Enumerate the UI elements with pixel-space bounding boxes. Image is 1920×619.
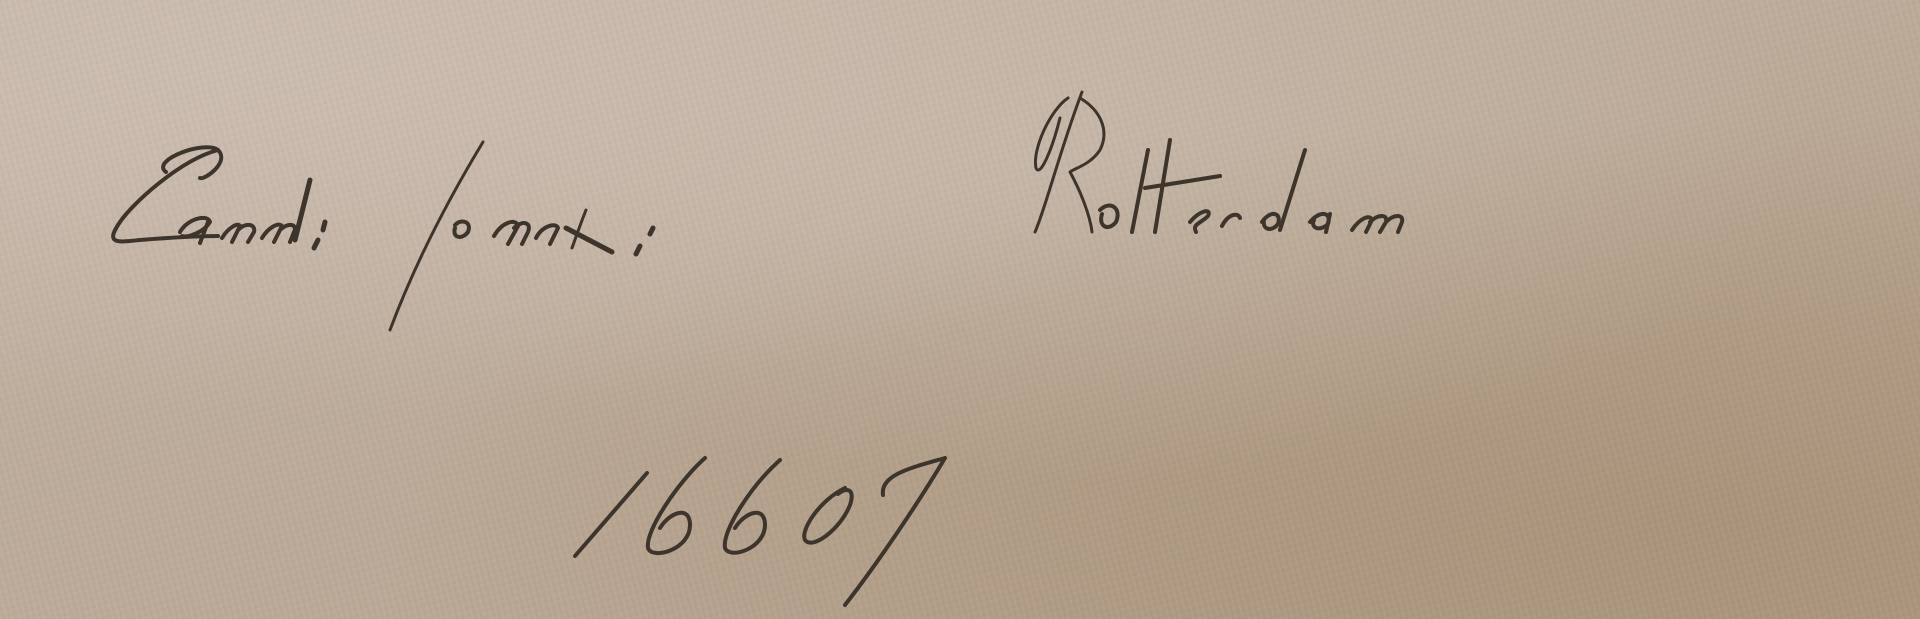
handwritten-line-location: Canal: fronk: Rotterdam: [115, 110, 1438, 222]
transcription-layer: Canal: fronk: Rotterdam 16607: [0, 0, 1920, 619]
handwritten-line-number: 16607: [590, 455, 1040, 583]
